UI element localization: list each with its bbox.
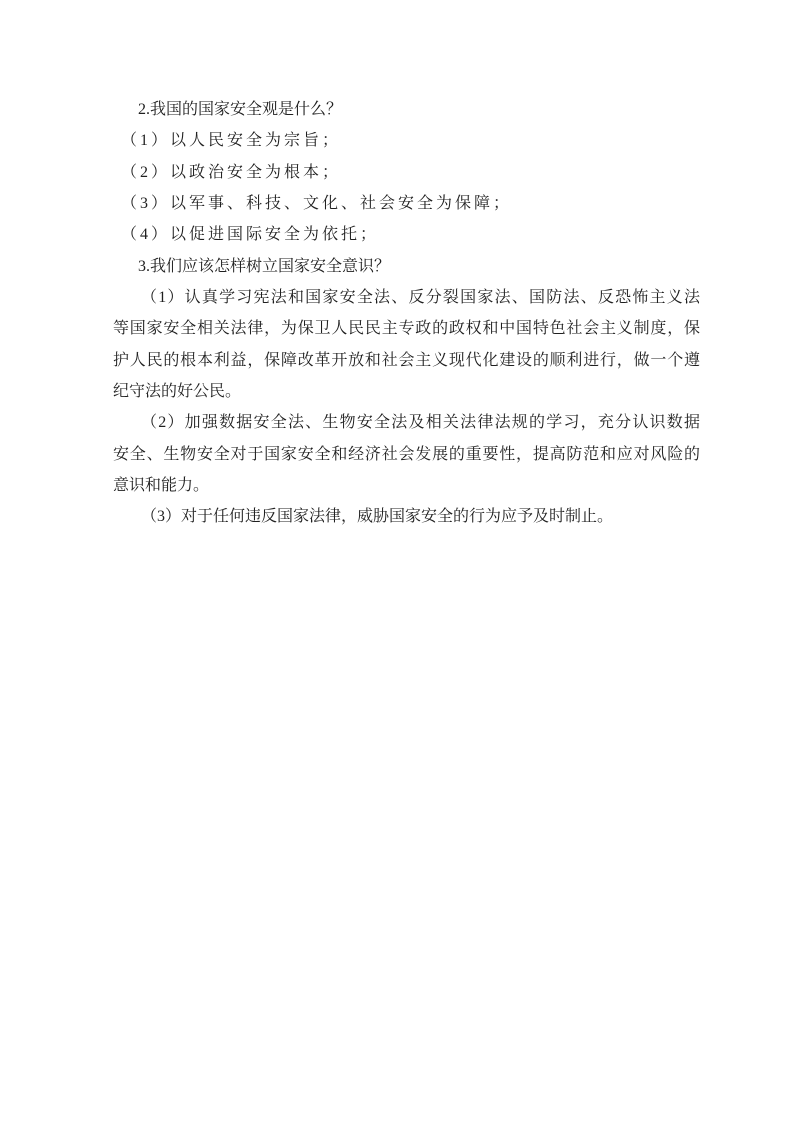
question-3-paragraph-3: （3）对于任何违反国家法律，威胁国家安全的行为应予及时制止。: [113, 501, 700, 532]
question-3-paragraph-1-line-4: 纪守法的好公民。: [113, 376, 700, 407]
question-3-paragraph-1-line-2: 等国家安全相关法律，为保卫人民民主专政的政权和中国特色社会主义制度，保: [113, 313, 700, 344]
question-3-paragraph-1-line-1: （1）认真学习宪法和国家安全法、反分裂国家法、国防法、反恐怖主义法: [113, 282, 700, 313]
question-2-item-2: （2）以政治安全为根本；: [113, 157, 700, 188]
question-2-item-1: （1）以人民安全为宗旨；: [113, 125, 700, 156]
question-2-item-4: （4）以促进国际安全为依托；: [113, 219, 700, 250]
question-2-item-3: （3）以军事、科技、文化、社会安全为保障；: [113, 188, 700, 219]
question-3-paragraph-1-line-3: 护人民的根本利益，保障改革开放和社会主义现代化建设的顺利进行，做一个遵: [113, 345, 700, 376]
document-page: 2.我国的国家安全观是什么？ （1）以人民安全为宗旨； （2）以政治安全为根本；…: [0, 0, 793, 1122]
question-3-paragraph-2-line-1: （2）加强数据安全法、生物安全法及相关法律法规的学习，充分认识数据: [113, 407, 700, 438]
question-2-heading: 2.我国的国家安全观是什么？: [113, 94, 700, 125]
question-3-paragraph-2-line-3: 意识和能力。: [113, 470, 700, 501]
question-3-heading: 3.我们应该怎样树立国家安全意识？: [113, 251, 700, 282]
question-3-paragraph-2-line-2: 安全、生物安全对于国家安全和经济社会发展的重要性，提高防范和应对风险的: [113, 439, 700, 470]
document-text-block: 2.我国的国家安全观是什么？ （1）以人民安全为宗旨； （2）以政治安全为根本；…: [113, 94, 700, 533]
